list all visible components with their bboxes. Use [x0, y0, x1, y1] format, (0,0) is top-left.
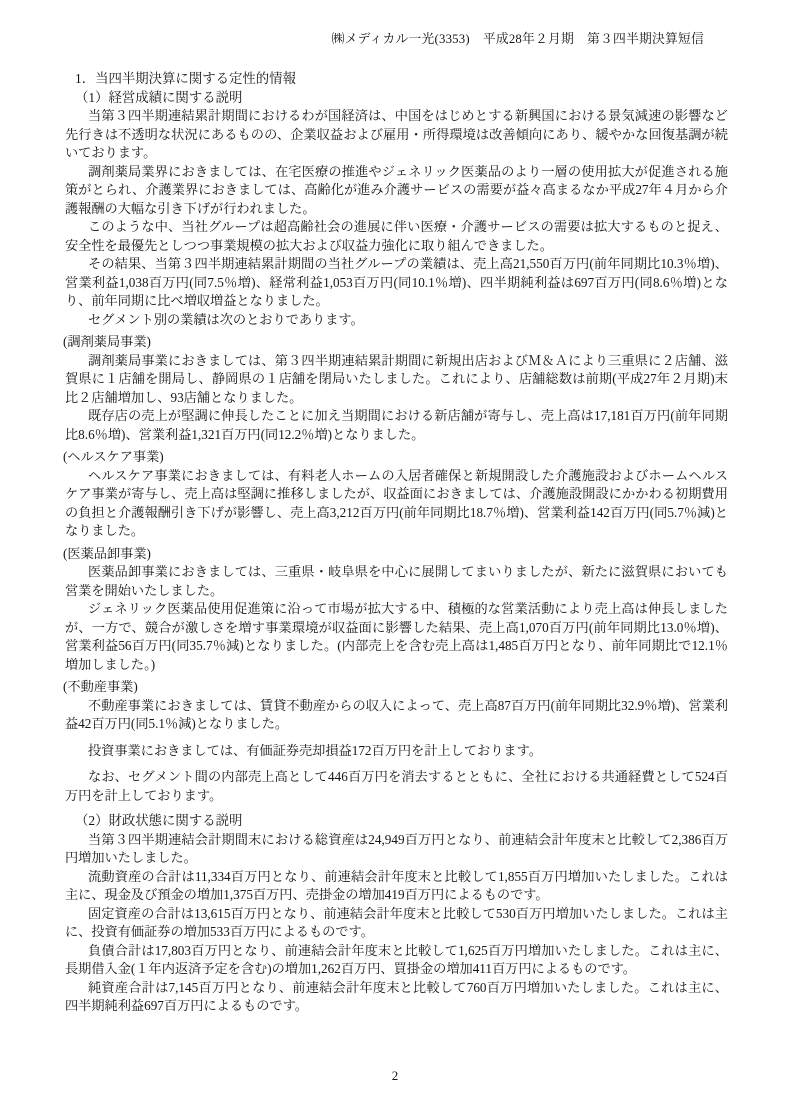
paragraph-industry: 調剤薬局業界におきましては、在宅医療の推進やジェネリック医薬品のより一層の使用拡… [65, 163, 728, 219]
document-body: 1．当四半期決算に関する定性的情報 （1）経営成績に関する説明 当第３四半期連結… [63, 70, 728, 1016]
subsection-1-heading: （1）経営成績に関する説明 [63, 89, 728, 108]
paragraph-realestate-results: 不動産事業におきましては、賃貸不動産からの収入によって、売上高87百万円(前年同… [65, 697, 728, 734]
document-page: ㈱メディカル一光(3353) 平成28年２月期 第３四半期決算短信 1．当四半期… [0, 0, 790, 1118]
paragraph-group-policy: このような中、当社グループは超高齢社会の進展に伴い医療・介護サービスの需要は拡大… [65, 218, 728, 255]
paragraph-liabilities: 負債合計は17,803百万円となり、前連結会計年度末と比較して1,625百万円増… [65, 942, 728, 979]
paragraph-investment: 投資事業におきましては、有価証券売却損益172百万円を計上しております。 [65, 742, 728, 761]
segment-label-pharmacy: (調剤薬局事業) [63, 333, 728, 352]
section-1-heading: 1．当四半期決算に関する定性的情報 [63, 70, 728, 89]
paragraph-segment-intro: セグメント別の業績は次のとおりであります。 [65, 311, 728, 330]
paragraph-current-assets: 流動資産の合計は11,334百万円となり、前連結会計年度末と比較して1,855百… [65, 868, 728, 905]
segment-label-wholesale: (医薬品卸事業) [63, 545, 728, 564]
paragraph-consolidated-results: その結果、当第３四半期連結累計期間の当社グループの業績は、売上高21,550百万… [65, 255, 728, 311]
paragraph-healthcare-results: ヘルスケア事業におきましては、有料老人ホームの入居者確保と新規開設した介護施設お… [65, 467, 728, 541]
paragraph-net-assets: 純資産合計は7,145百万円となり、前連結会計年度末と比較して760百万円増加い… [65, 979, 728, 1016]
segment-label-healthcare: (ヘルスケア事業) [63, 448, 728, 467]
paragraph-pharmacy-results: 既存店の売上が堅調に伸長したことに加え当期間における新店舗が寄与し、売上高は17… [65, 407, 728, 444]
paragraph-total-assets: 当第３四半期連結会計期間末における総資産は24,949百万円となり、前連結会計年… [65, 831, 728, 868]
paragraph-wholesale-results: ジェネリック医薬品使用促進策に沿って市場が拡大する中、積極的な営業活動により売上… [65, 600, 728, 674]
page-number: 2 [0, 1068, 790, 1084]
paragraph-economy: 当第３四半期連結累計期間におけるわが国経済は、中国をはじめとする新興国における景… [65, 107, 728, 163]
paragraph-wholesale-area: 医薬品卸事業におきましては、三重県・岐阜県を中心に展開してまいりましたが、新たに… [65, 563, 728, 600]
subsection-2-heading: （2）財政状態に関する説明 [63, 812, 728, 831]
segment-label-realestate: (不動産事業) [63, 678, 728, 697]
paragraph-pharmacy-stores: 調剤薬局事業におきましては、第３四半期連結累計期間に新規出店およびＭ＆Ａにより三… [65, 352, 728, 408]
report-header-title: ㈱メディカル一光(3353) 平成28年２月期 第３四半期決算短信 [332, 32, 728, 46]
paragraph-fixed-assets: 固定資産の合計は13,615百万円となり、前連結会計年度末と比較して530百万円… [65, 905, 728, 942]
report-header: ㈱メディカル一光(3353) 平成28年２月期 第３四半期決算短信 [63, 30, 728, 48]
paragraph-intersegment-elimination: なお、セグメント間の内部売上高として446百万円を消去するとともに、全社における… [65, 768, 728, 805]
